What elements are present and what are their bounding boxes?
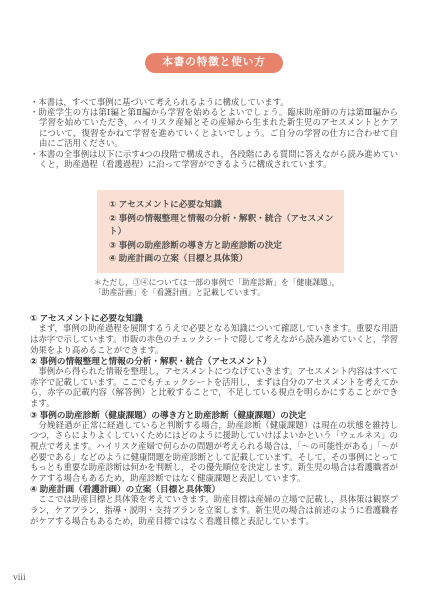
step-item: ② 事例の情報整理と情報の分析・解釈・統合（アセスメント） bbox=[109, 212, 334, 239]
section-body: 分娩経過が正常に経過していると判断する場合，助産診断（健康課題）は現在の状態を維… bbox=[30, 421, 398, 484]
section-1: ① アセスメントに必要な知識 まず，事例の助産過程を展開するうえで必要となる知識… bbox=[30, 313, 398, 356]
section-heading: ④ 助産計画（看護計画）の立案（目標と具体策） bbox=[30, 484, 398, 495]
page-number: viii bbox=[13, 573, 26, 583]
learning-steps-box: ① アセスメントに必要な知識 ② 事例の情報整理と情報の分析・解釈・統合（アセス… bbox=[97, 190, 344, 273]
section-3: ③ 事例の助産診断（健康課題）の導き方と助産診断（健康課題）の決定 分娩経過が正… bbox=[30, 410, 398, 485]
footnote-asterisk: ＊ただし，③④については一部の事例で「助産診断」を「健康課題」，「助産計画」を「… bbox=[94, 278, 346, 298]
step-item: ① アセスメントに必要な知識 bbox=[109, 198, 334, 212]
section-body: まず，事例の助産過程を展開するうえで必要となる知識について確認していきます。重要… bbox=[30, 324, 398, 356]
page-title-badge: 本書の特徴と使い方 bbox=[145, 53, 283, 73]
section-body: 事例から得られた情報を整理し，アセスメントにつなげていきます。アセスメント内容は… bbox=[30, 367, 398, 409]
intro-bullet: ・本書の全事例は以下に示す4つの段階で構成され，各段階にある質問に答えながら読み… bbox=[30, 150, 398, 171]
step-item: ④ 助産計画の立案（目標と具体策） bbox=[109, 252, 334, 266]
section-body: ここでは助産目標と具体策を考えていきます。助産目標は産婦の立場で記載し，具体策は… bbox=[30, 495, 398, 527]
section-list: ① アセスメントに必要な知識 まず，事例の助産過程を展開するうえで必要となる知識… bbox=[30, 313, 398, 527]
page-header: 本書の特徴と使い方 bbox=[30, 0, 398, 73]
section-4: ④ 助産計画（看護計画）の立案（目標と具体策） ここでは助産目標と具体策を考えて… bbox=[30, 484, 398, 527]
section-heading: ② 事例の情報整理と情報の分析・解釈・統合（アセスメント） bbox=[30, 356, 398, 367]
section-heading: ③ 事例の助産診断（健康課題）の導き方と助産診断（健康課題）の決定 bbox=[30, 410, 398, 421]
section-heading: ① アセスメントに必要な知識 bbox=[30, 313, 398, 324]
step-item: ③ 事例の助産診断の導き方と助産診断の決定 bbox=[109, 239, 334, 253]
intro-bullet: ・助産学生の方は第Ⅰ編と第Ⅱ編から学習を始めるとよいでしょう。臨床助産師の方は第… bbox=[30, 108, 398, 150]
section-2: ② 事例の情報整理と情報の分析・解釈・統合（アセスメント） 事例から得られた情報… bbox=[30, 356, 398, 409]
intro-bullet: ・本書は，すべて事例に基づいて考えられるように構成しています。 bbox=[30, 98, 398, 108]
book-page: 本書の特徴と使い方 ・本書は，すべて事例に基づいて考えられるように構成しています… bbox=[0, 0, 425, 600]
intro-bullet-list: ・本書は，すべて事例に基づいて考えられるように構成しています。 ・助産学生の方は… bbox=[30, 98, 398, 171]
